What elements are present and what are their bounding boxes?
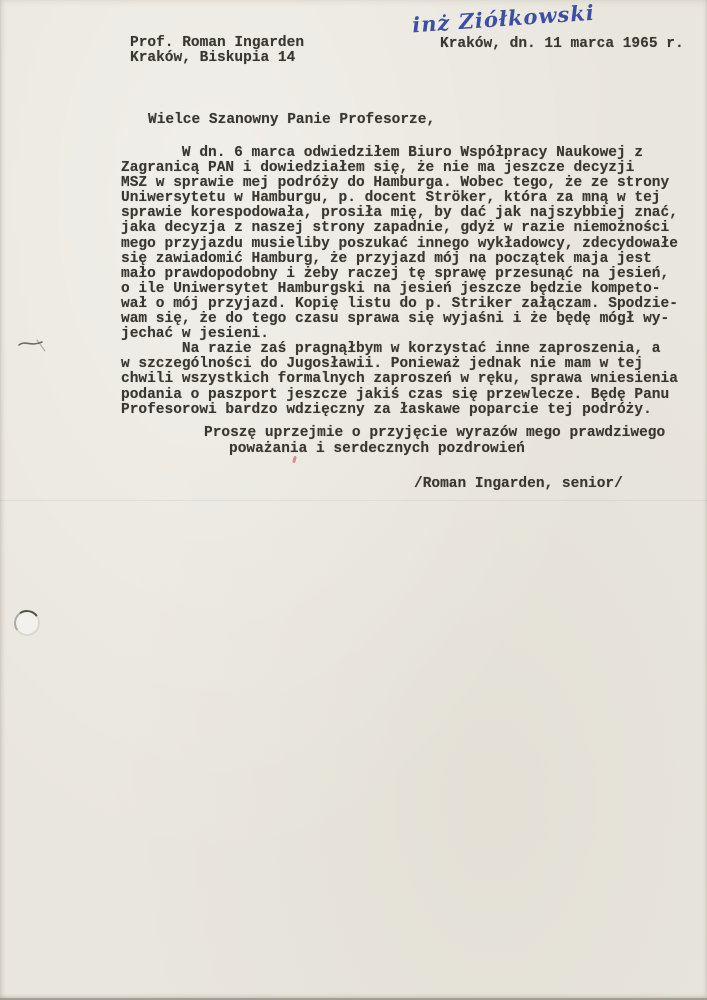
closing-line-1: Proszę uprzejmie o przyjęcie wyrazów meg… — [204, 425, 665, 441]
letter-body: W dn. 6 marca odwiedziłem Biuro Współpra… — [121, 146, 686, 418]
salutation: Wielce Szanowny Panie Profesorze, — [148, 112, 435, 128]
dateline: Kraków, dn. 11 marca 1965 r. — [440, 36, 684, 52]
sender-name: Prof. Roman Ingarden — [130, 36, 304, 51]
signature: /Roman Ingarden, senior/ — [414, 476, 623, 492]
letter-page: inż Ziółkowski Prof. Roman Ingarden Krak… — [0, 0, 707, 1000]
body-paragraph-1: W dn. 6 marca odwiedziłem Biuro Współpra… — [121, 146, 686, 342]
body-paragraph-2: Na razie zaś pragnąłbym w korzystać inne… — [121, 342, 686, 417]
paper-crease — [0, 500, 707, 501]
closing-line-2: poważania i serdecznych pozdrowień — [229, 441, 525, 457]
sender-address: Kraków, Biskupia 14 — [130, 51, 304, 66]
pencil-mark — [16, 334, 50, 354]
hole-punch — [12, 608, 42, 638]
handwritten-annotation: inż Ziółkowski — [411, 0, 595, 37]
red-ink-speck — [292, 456, 297, 464]
sender-block: Prof. Roman Ingarden Kraków, Biskupia 14 — [130, 36, 304, 66]
